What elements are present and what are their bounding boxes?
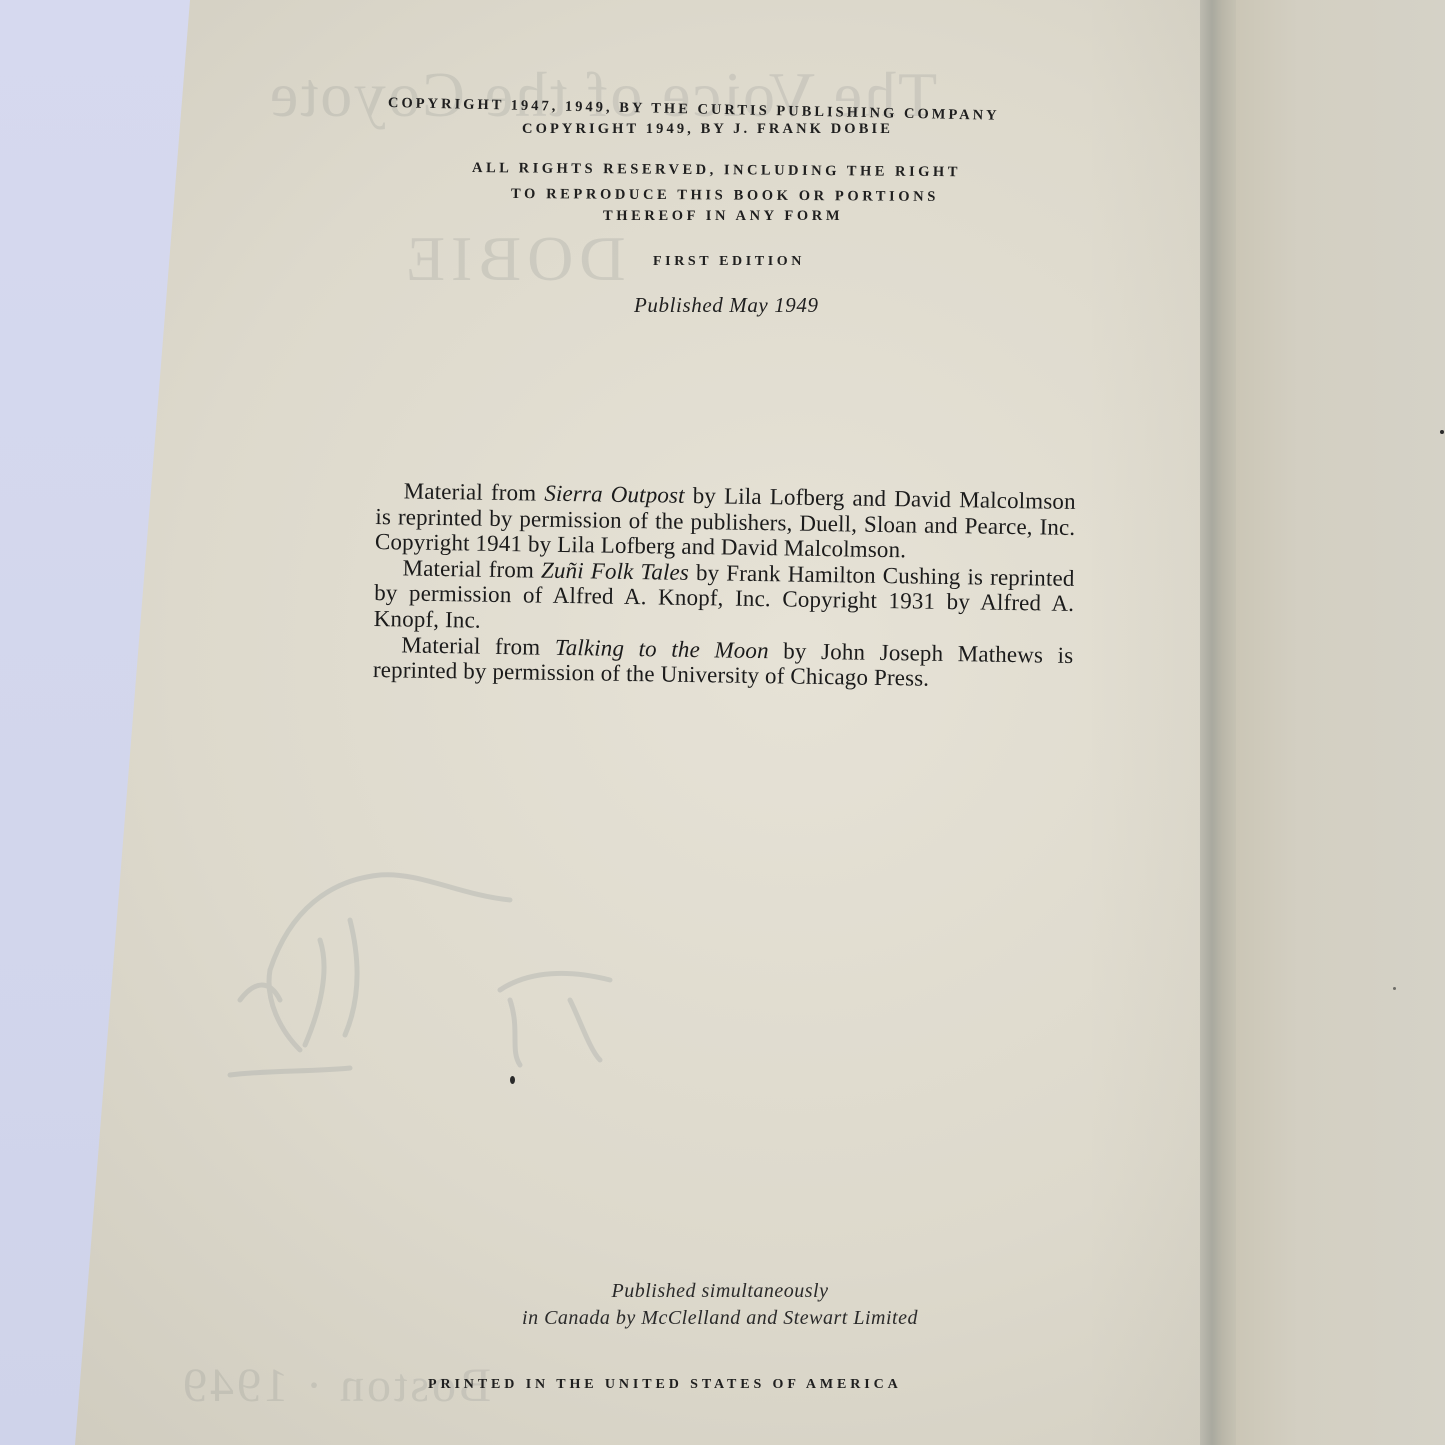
rights-line-1: ALL RIGHTS RESERVED, INCLUDING THE RIGHT bbox=[472, 160, 961, 181]
copyright-line-dobie: COPYRIGHT 1949, BY J. FRANK DOBIE bbox=[522, 121, 893, 138]
credit-book-title: Talking to the Moon bbox=[555, 634, 769, 662]
rights-line-2: TO REPRODUCE THIS BOOK OR PORTIONS bbox=[511, 186, 939, 206]
permissions-credits: Material from Sierra Outpost by Lila Lof… bbox=[373, 478, 1076, 694]
credit-prefix: Material from bbox=[404, 478, 545, 505]
canada-line-2: in Canada by McClelland and Stewart Limi… bbox=[440, 1305, 1000, 1332]
copyright-page-content: COPYRIGHT 1947, 1949, BY THE CURTIS PUBL… bbox=[0, 0, 1445, 1445]
credit-book-title: Zuñi Folk Tales bbox=[541, 557, 689, 584]
edition-label: FIRST EDITION bbox=[653, 254, 805, 270]
canada-line-1: Published simultaneously bbox=[440, 1278, 1000, 1305]
printed-in-label: PRINTED IN THE UNITED STATES OF AMERICA bbox=[428, 1377, 902, 1393]
credit-book-title: Sierra Outpost bbox=[544, 481, 685, 508]
credit-paragraph: Material from Zuñi Folk Tales by Frank H… bbox=[374, 555, 1075, 643]
rights-line-3: THEREOF IN ANY FORM bbox=[603, 208, 843, 225]
credit-paragraph: Material from Talking to the Moon by Joh… bbox=[373, 632, 1074, 694]
credit-prefix: Material from bbox=[402, 555, 541, 582]
credit-prefix: Material from bbox=[401, 632, 555, 659]
credit-paragraph: Material from Sierra Outpost by Lila Lof… bbox=[375, 478, 1076, 566]
canada-publication-note: Published simultaneously in Canada by Mc… bbox=[440, 1278, 1000, 1332]
publication-date: Published May 1949 bbox=[634, 293, 819, 318]
